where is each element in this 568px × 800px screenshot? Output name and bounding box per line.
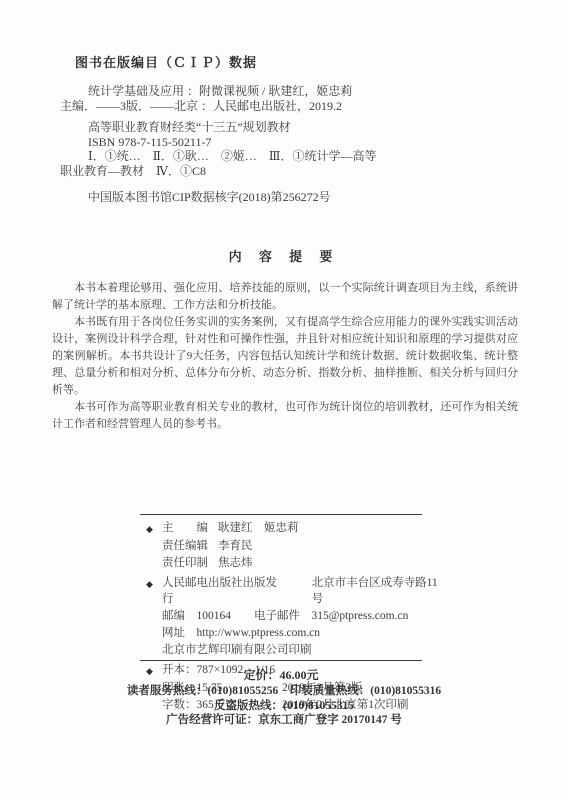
publisher-address: 北京市丰台区成寿寺路11号 [312, 575, 446, 607]
colophon-rule-bottom [140, 660, 422, 661]
cip-series-line: 高等职业教育财经类“十三五”规划教材 [60, 120, 480, 135]
publisher-line-3: 网址 http://www.ptpress.com.cn [146, 625, 446, 641]
summary-heading: 内 容 提 要 [0, 246, 568, 265]
diamond-icon: ◆ [146, 575, 162, 592]
summary-body: 本书本着理论够用、强化应用、培养技能的原则，以一个实际统计调查项目为主线，系统讲… [52, 280, 518, 433]
staff-value: 焦志炜 [218, 555, 253, 571]
diamond-icon: ◆ [146, 520, 162, 537]
summary-paragraph: 本书本着理论够用、强化应用、培养技能的原则，以一个实际统计调查项目为主线，系统讲… [52, 280, 518, 314]
anti-piracy-hotline: 反盗版热线：(010)81055315 [0, 699, 568, 714]
cip-title-line-1: 统计学基础及应用 ：附微课视频 / 耿建红，姬忠莉 [60, 84, 480, 99]
cip-class-line-2: 职业教育—教材 Ⅳ．①C8 [60, 164, 480, 179]
summary-paragraph: 本书可作为高等职业教育相关专业的教材，也可作为统计岗位的培训教材，还可作为相关统… [52, 399, 518, 433]
cip-isbn-line: ISBN 978-7-115-50211-7 [60, 135, 480, 150]
cip-classification: Ⅰ．①统… Ⅱ．①耿… ②姬… Ⅲ．①统计学—高等 职业教育—教材 Ⅳ．①C8 [60, 149, 480, 179]
cip-title-line-2: 主编．——3版．——北京 ：人民邮电出版社，2019.2 [60, 99, 480, 114]
staff-label: 责任印制 [162, 555, 208, 571]
staff-label: 主 编 [162, 520, 208, 536]
summary-paragraph: 本书既有用于各岗位任务实训的实务案例，又有提高学生综合应用能力的课外实践实训活动… [52, 314, 518, 399]
price-line: 定价：46.00元 [140, 666, 422, 683]
cip-record-line: 中国版本图书馆CIP数据核字(2018)第256272号 [88, 188, 331, 205]
staff-label: 责任编辑 [162, 538, 208, 554]
printer-line: 北京市艺辉印刷有限公司印刷 [146, 642, 446, 658]
publisher-name: 人民邮电出版社出版发行 [162, 575, 286, 607]
reader-service-hotline: 读者服务热线：(010)81055256 印装质量热线：(010)8105531… [0, 684, 568, 699]
cip-class-line-1: Ⅰ．①统… Ⅱ．①耿… ②姬… Ⅲ．①统计学—高等 [60, 149, 480, 164]
staff-value: 耿建红 姬忠莉 [218, 520, 299, 536]
ad-license-line: 广告经营许可证：京东工商广登字 20170147 号 [0, 713, 568, 728]
cip-body: 统计学基础及应用 ：附微课视频 / 耿建红，姬忠莉 主编．——3版．——北京 ：… [60, 84, 480, 149]
cip-heading: 图书在版编目（ＣＩＰ）数据 [75, 52, 257, 71]
staff-row: 责任印制 焦志炜 [146, 555, 446, 571]
staff-value: 李育民 [218, 538, 253, 554]
publisher-row: ◆ 人民邮电出版社出版发行 北京市丰台区成寿寺路11号 [146, 575, 446, 607]
staff-row: ◆ 主 编 耿建红 姬忠莉 [146, 520, 446, 537]
colophon-rule-top [140, 514, 422, 515]
publisher-line-2: 邮编 100164 电子邮件 315@ptpress.com.cn [146, 608, 446, 624]
staff-row: 责任编辑 李育民 [146, 538, 446, 554]
hotlines-block: 读者服务热线：(010)81055256 印装质量热线：(010)8105531… [0, 684, 568, 728]
book-copyright-page: 图书在版编目（ＣＩＰ）数据 统计学基础及应用 ：附微课视频 / 耿建红，姬忠莉 … [0, 0, 568, 800]
publisher-line-1: 人民邮电出版社出版发行 北京市丰台区成寿寺路11号 [162, 575, 446, 607]
